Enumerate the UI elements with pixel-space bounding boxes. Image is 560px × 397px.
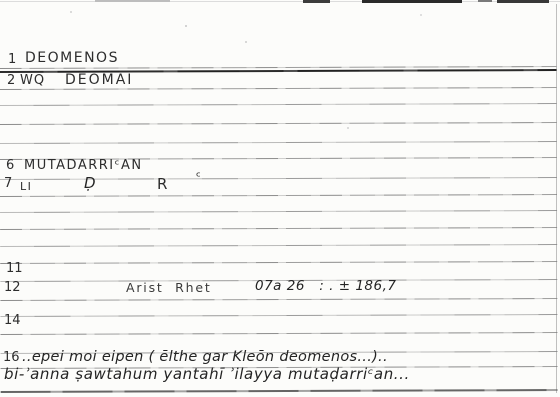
ruled-line — [0, 141, 557, 144]
entry-source-arist-rhet: Arist Rhet — [126, 281, 212, 294]
row-number-14: 14 — [4, 314, 21, 328]
ruled-line — [0, 103, 557, 106]
ruled-line-bottom — [1, 389, 558, 393]
ruled-line — [0, 261, 557, 264]
entry-citation-ref: 07a 26 : . ± 186,7 — [255, 279, 396, 293]
ruled-line — [0, 122, 557, 125]
entry-deomai: DEOMAI — [65, 73, 133, 88]
ruled-line — [0, 332, 557, 335]
ruled-line — [0, 314, 557, 317]
row-number-12: 12 — [4, 281, 21, 295]
row-number-16: 16 — [3, 351, 20, 365]
entry-headword-deomenos: DEOMENOS — [25, 51, 119, 66]
ruled-line — [0, 227, 557, 230]
row-number-1: 1 — [8, 53, 16, 67]
entry-wq: WQ — [20, 74, 45, 88]
row-number-11: 11 — [6, 262, 23, 276]
entry-greek-quote: ..epei moi eipen ( ēlthe gar Kleōn deome… — [22, 350, 388, 365]
ruled-line — [0, 194, 557, 197]
ruled-line — [0, 210, 557, 213]
entry-root-r: R — [157, 177, 167, 193]
entry-root-ayn: ᶜ — [196, 171, 201, 185]
entry-mutadarrian: MUTADARRIᶜAN — [24, 159, 143, 173]
ruled-line — [0, 298, 557, 301]
row-number-2: 2 — [7, 74, 15, 88]
ruled-line — [0, 244, 557, 247]
entry-root-dad: Ḍ — [84, 176, 96, 192]
entry-root-li: LI — [20, 181, 32, 193]
row-number-6: 6 — [6, 159, 14, 173]
row-number-7: 7 — [4, 177, 12, 191]
entry-arabic-transliteration: bi-ʾanna ṣawtahum yantahī ʾilayya mutaḍa… — [4, 367, 410, 383]
index-card: 1 DEOMENOS 2 WQ DEOMAI 6 MUTADARRIᶜAN 7 … — [0, 0, 560, 397]
